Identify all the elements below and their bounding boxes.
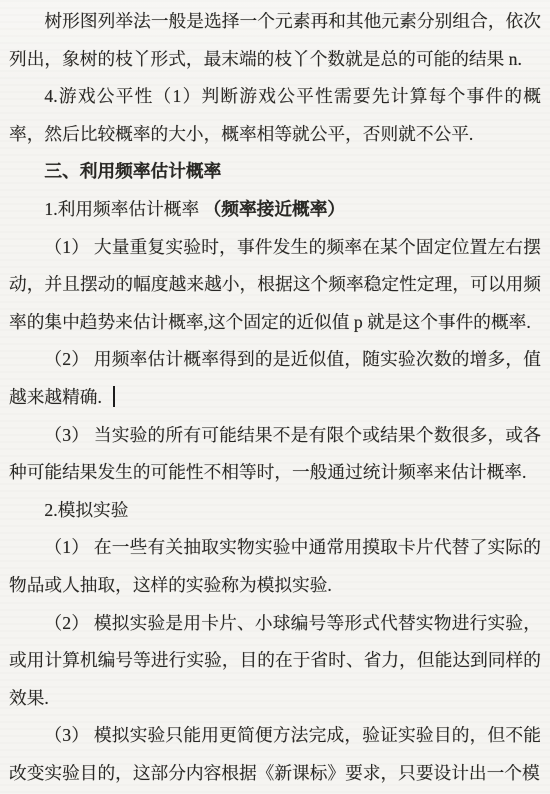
heading-section-three: 三、利用频率估计概率 <box>9 153 541 191</box>
para-simulation-title: 2.模拟实验 <box>9 492 541 530</box>
text-segment: 1.利用频率估计概率 <box>44 199 203 219</box>
text-segment: （2） 用频率估计概率得到的是近似值，随实验次数的增多，值越来越精确. <box>9 349 541 407</box>
bold-text-segment: （频率接近概率） <box>204 199 346 219</box>
para-simulation-point-2: （2） 模拟实验是用卡片、小球编号等形式代替实物进行实验，或用计算机编号等进行实… <box>9 605 541 718</box>
para-freq-point-2: （2） 用频率估计概率得到的是近似值，随实验次数的增多，值越来越精确. <box>9 341 541 416</box>
text-segment: （1） 大量重复实验时，事件发生的频率在某个固定位置左右摆动，并且摆动的幅度越来… <box>9 237 541 332</box>
para-freq-point-1: （1） 大量重复实验时，事件发生的频率在某个固定位置左右摆动，并且摆动的幅度越来… <box>9 229 541 342</box>
para-freq-estimate-title: 1.利用频率估计概率 （频率接近概率） <box>9 191 541 229</box>
text-segment: （2） 模拟实验是用卡片、小球编号等形式代替实物进行实验，或用计算机编号等进行实… <box>9 613 541 708</box>
text-segment: （3） 当实验的所有可能结果不是有限个或结果个数很多，或各种可能结果发生的可能性… <box>9 425 541 483</box>
para-simulation-point-1: （1） 在一些有关抽取实物实验中通常用摸取卡片代替了实际的物品或人抽取，这样的实… <box>9 529 541 604</box>
text-cursor <box>113 386 116 407</box>
para-simulation-point-3: （3） 模拟实验只能用更简便方法完成，验证实验目的，但不能改变实验目的，这部分内… <box>9 717 541 792</box>
text-segment: （3） 模拟实验只能用更简便方法完成，验证实验目的，但不能改变实验目的，这部分内… <box>9 725 541 783</box>
text-segment: 树形图列举法一般是选择一个元素再和其他元素分别组合，依次列出，象树的枝丫形式，最… <box>9 11 541 69</box>
para-tree-diagram-method: 树形图列举法一般是选择一个元素再和其他元素分别组合，依次列出，象树的枝丫形式，最… <box>9 3 541 78</box>
text-segment: 4.游戏公平性（1）判断游戏公平性需要先计算每个事件的概率，然后比较概率的大小，… <box>9 86 541 144</box>
bold-text-segment: 三、利用频率估计概率 <box>44 161 221 181</box>
para-freq-point-3: （3） 当实验的所有可能结果不是有限个或结果个数很多，或各种可能结果发生的可能性… <box>9 417 541 492</box>
para-game-fairness: 4.游戏公平性（1）判断游戏公平性需要先计算每个事件的概率，然后比较概率的大小，… <box>9 78 541 153</box>
text-segment: 2.模拟实验 <box>44 500 128 520</box>
document-page: 树形图列举法一般是选择一个元素再和其他元素分别组合，依次列出，象树的枝丫形式，最… <box>0 0 550 794</box>
text-segment: （1） 在一些有关抽取实物实验中通常用摸取卡片代替了实际的物品或人抽取，这样的实… <box>9 537 541 595</box>
